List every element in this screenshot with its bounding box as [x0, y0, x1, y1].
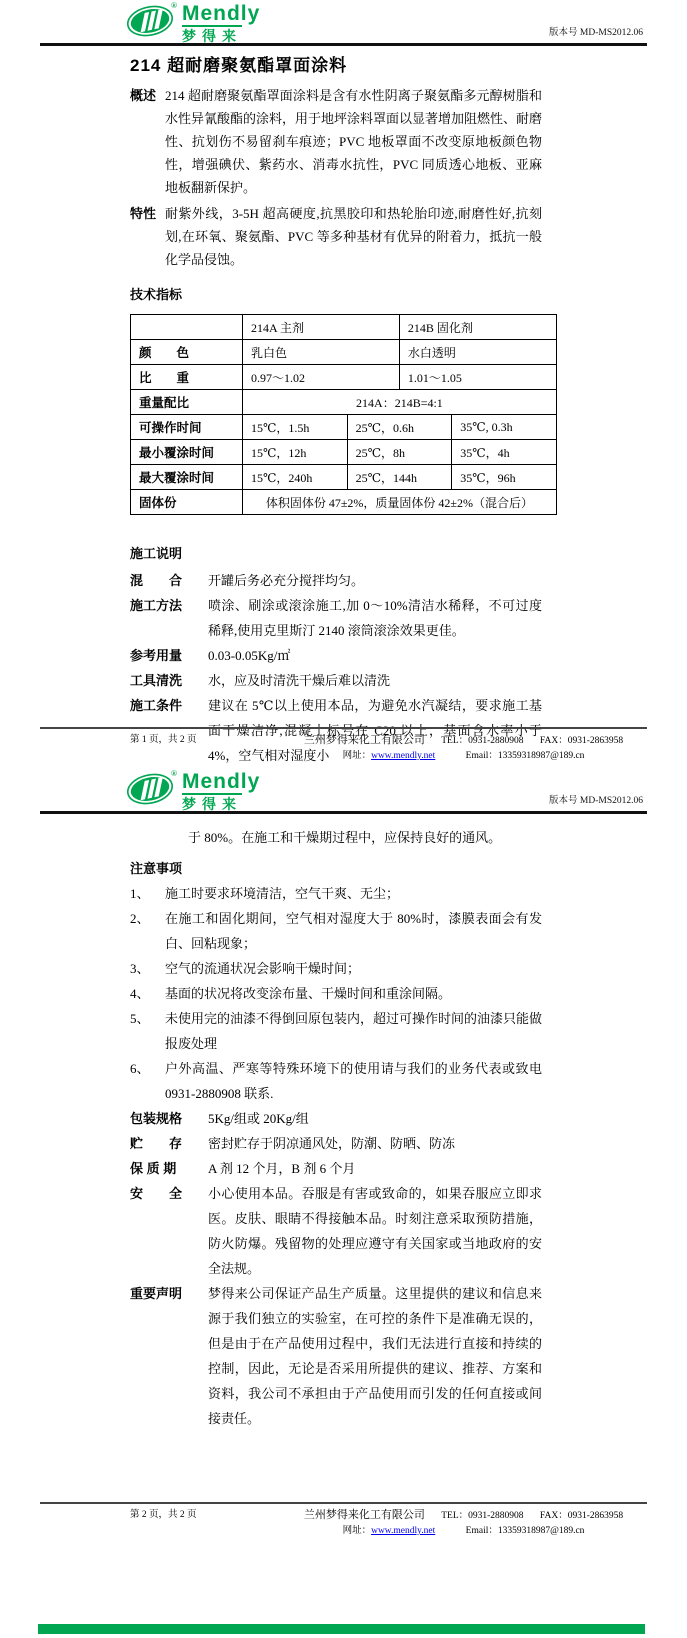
tech-spec-table: 214A 主剂 214B 固化剂 颜 色 乳白色 水白透明 比 重 0.97～1… — [130, 314, 557, 515]
table-row: 最大覆涂时间 15℃，240h 25℃，144h 35℃，96h — [131, 465, 557, 490]
note-item: 3、 空气的流通状况会影响干燥时间； — [130, 956, 542, 981]
company-name: 兰州梦得来化工有限公司 — [304, 734, 425, 746]
table-col-header: 214A 主剂 — [243, 315, 400, 340]
page-2: ® Mendly 梦得来 版本号 MD-MS2012.06 于 80%。在施工和… — [0, 768, 687, 1638]
website-label: 网址： — [343, 1526, 372, 1536]
info-item-safety: 安 全 小心使用本品。吞服是有害或致命的，如果吞服应立即求医。皮肤、眼睛不得接触… — [130, 1181, 542, 1281]
tech-spec-heading: 技术指标 — [130, 284, 687, 303]
construction-item: 参考用量 0.03-0.05Kg/㎡ — [130, 643, 542, 668]
table-row: 重量配比 214A：214B=4:1 — [131, 390, 557, 415]
table-row: 固体份 体积固体份 47±2%，质量固体份 42±2%（混合后） — [131, 490, 557, 515]
page-footer: 第 1 页，共 2 页 兰州梦得来化工有限公司 TEL：0931-2880908… — [0, 727, 687, 764]
overview-section: 概述 214 超耐磨聚氨酯罩面涂料是含有水性阴离子聚氨酯多元醇树脂和水性异氰酸酯… — [130, 84, 542, 199]
registered-trademark-symbol: ® — [171, 1, 177, 10]
table-row: 可操作时间 15℃，1.5h 25℃，0.6h 35℃, 0.3h — [131, 415, 557, 440]
document: ® Mendly 梦得来 版本号 MD-MS2012.06 214 超耐磨聚氨酯… — [0, 0, 687, 1638]
table-col-header: 214B 固化剂 — [399, 315, 556, 340]
brand-name-cn: 梦得来 — [182, 793, 242, 811]
page-1: ® Mendly 梦得来 版本号 MD-MS2012.06 214 超耐磨聚氨酯… — [0, 0, 687, 768]
overview-label: 概述 — [130, 84, 165, 199]
info-item-shelf-life: 保 质 期 A 剂 12 个月，B 剂 6 个月 — [130, 1156, 542, 1181]
header-rule — [40, 43, 647, 46]
footer-rule — [40, 727, 647, 729]
note-item: 2、 在施工和固化期间，空气相对湿度大于 80%时，漆膜表面会有发白、回粘现象； — [130, 906, 542, 956]
product-title: 214 超耐磨聚氨酯罩面涂料 — [130, 51, 687, 76]
version-label: 版本号 MD-MS2012.06 — [549, 792, 643, 806]
info-item-packaging: 包装规格 5Kg/组或 20Kg/组 — [130, 1106, 542, 1131]
construction-item: 混 合 开罐后务必充分搅拌均匀。 — [130, 568, 542, 593]
note-item: 6、 户外高温、严寒等特殊环境下的使用请与我们的业务代表或致电 0931-288… — [130, 1056, 542, 1106]
construction-item: 施工方法 喷涂、刷涂或滚涂施工,加 0～10%清洁水稀释，不可过度稀释,使用克里… — [130, 593, 542, 643]
mendly-logo-icon — [126, 3, 174, 43]
overview-text: 214 超耐磨聚氨酯罩面涂料是含有水性阴离子聚氨酯多元醇树脂和水性异氰酸酯的涂料… — [165, 84, 542, 199]
company-fax: FAX：0931-2863958 — [540, 736, 623, 746]
table-row: 比 重 0.97～1.02 1.01～1.05 — [131, 365, 557, 390]
page-header: ® Mendly 梦得来 版本号 MD-MS2012.06 — [0, 768, 687, 811]
notes-heading: 注意事项 — [130, 858, 687, 877]
note-item: 4、 基面的状况将改变涂布量、干燥时间和重涂间隔。 — [130, 981, 542, 1006]
bottom-green-bar — [38, 1624, 645, 1634]
website-link[interactable]: www.mendly.net — [371, 1526, 435, 1536]
company-email: Email：13359318987@189.cn — [466, 751, 585, 761]
website-label: 网址： — [343, 751, 372, 761]
table-row: 214A 主剂 214B 固化剂 — [131, 315, 557, 340]
company-tel: TEL：0931-2880908 — [441, 736, 523, 746]
version-label: 版本号 MD-MS2012.06 — [549, 24, 643, 38]
company-name: 兰州梦得来化工有限公司 — [304, 1509, 425, 1521]
mendly-logo-icon — [126, 771, 174, 811]
footer-rule — [40, 1502, 647, 1504]
company-tel: TEL：0931-2880908 — [441, 1511, 523, 1521]
header-rule — [40, 811, 647, 814]
page-number-label: 第 2 页，共 2 页 — [130, 1508, 280, 1539]
table-corner-cell — [131, 315, 243, 340]
info-item-disclaimer: 重要声明 梦得来公司保证产品生产质量。这里提供的建议和信息来源于我们独立的实验室… — [130, 1281, 542, 1431]
feature-text: 耐紫外线，3-5H 超高硬度,抗黑胶印和热轮胎印迹,耐磨性好,抗刻划,在环氧、聚… — [165, 202, 542, 271]
page-footer: 第 2 页，共 2 页 兰州梦得来化工有限公司 TEL：0931-2880908… — [0, 1502, 687, 1539]
note-item: 5、 未使用完的油漆不得倒回原包装内，超过可操作时间的油漆只能做报废处理 — [130, 1006, 542, 1056]
construction-heading: 施工说明 — [130, 543, 687, 562]
company-email: Email：13359318987@189.cn — [466, 1526, 585, 1536]
feature-label: 特性 — [130, 202, 165, 271]
brand-name-en: Mendly — [182, 3, 260, 24]
page-number-label: 第 1 页，共 2 页 — [130, 733, 280, 764]
brand-name-en: Mendly — [182, 771, 260, 792]
table-row: 颜 色 乳白色 水白透明 — [131, 340, 557, 365]
continuation-text: 于 80%。在施工和干燥期过程中，应保持良好的通风。 — [188, 826, 542, 849]
construction-item: 工具清洗 水，应及时清洗干燥后难以清洗 — [130, 668, 542, 693]
table-row: 最小覆涂时间 15℃，12h 25℃，8h 35℃，4h — [131, 440, 557, 465]
page-header: ® Mendly 梦得来 版本号 MD-MS2012.06 — [0, 0, 687, 43]
company-fax: FAX：0931-2863958 — [540, 1511, 623, 1521]
website-link[interactable]: www.mendly.net — [371, 751, 435, 761]
brand-name-cn: 梦得来 — [182, 25, 242, 43]
feature-section: 特性 耐紫外线，3-5H 超高硬度,抗黑胶印和热轮胎印迹,耐磨性好,抗刻划,在环… — [130, 202, 542, 271]
registered-trademark-symbol: ® — [171, 769, 177, 778]
note-item: 1、 施工时要求环境清洁，空气干爽、无尘； — [130, 881, 542, 906]
info-item-storage: 贮 存 密封贮存于阴凉通风处，防潮、防晒、防冻 — [130, 1131, 542, 1156]
